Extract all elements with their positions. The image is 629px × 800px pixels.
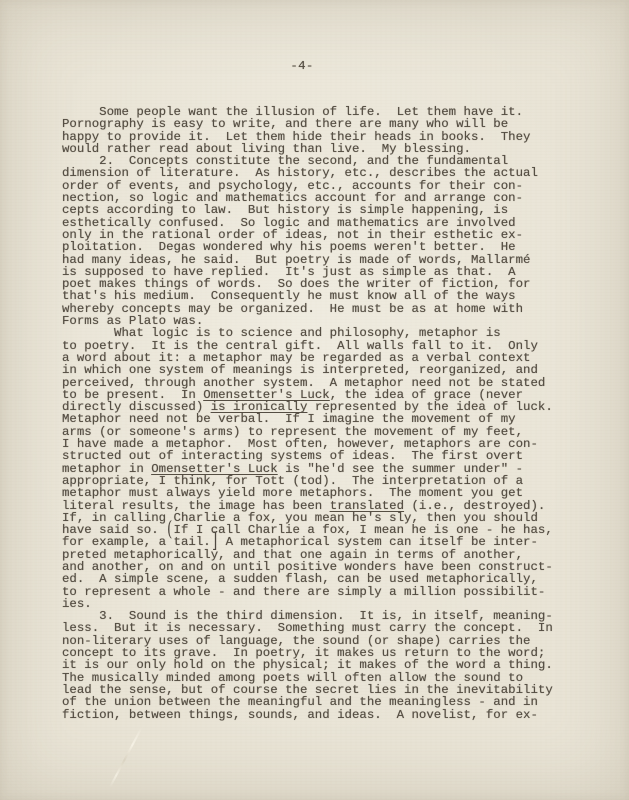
typescript-body: Some people want the illusion of life. L… <box>62 106 553 721</box>
page-number: -4- <box>62 59 542 73</box>
typescript-line: to represent a whole - and there are sim… <box>62 586 553 598</box>
typescript-line: fiction, between things, sounds, and ide… <box>62 709 553 721</box>
typescript-page: -4- Some people want the illusion of lif… <box>0 0 629 800</box>
handwritten-bracket: ( <box>166 522 174 541</box>
paper-crease <box>109 727 143 788</box>
handwritten-bracket: ] <box>211 534 219 553</box>
